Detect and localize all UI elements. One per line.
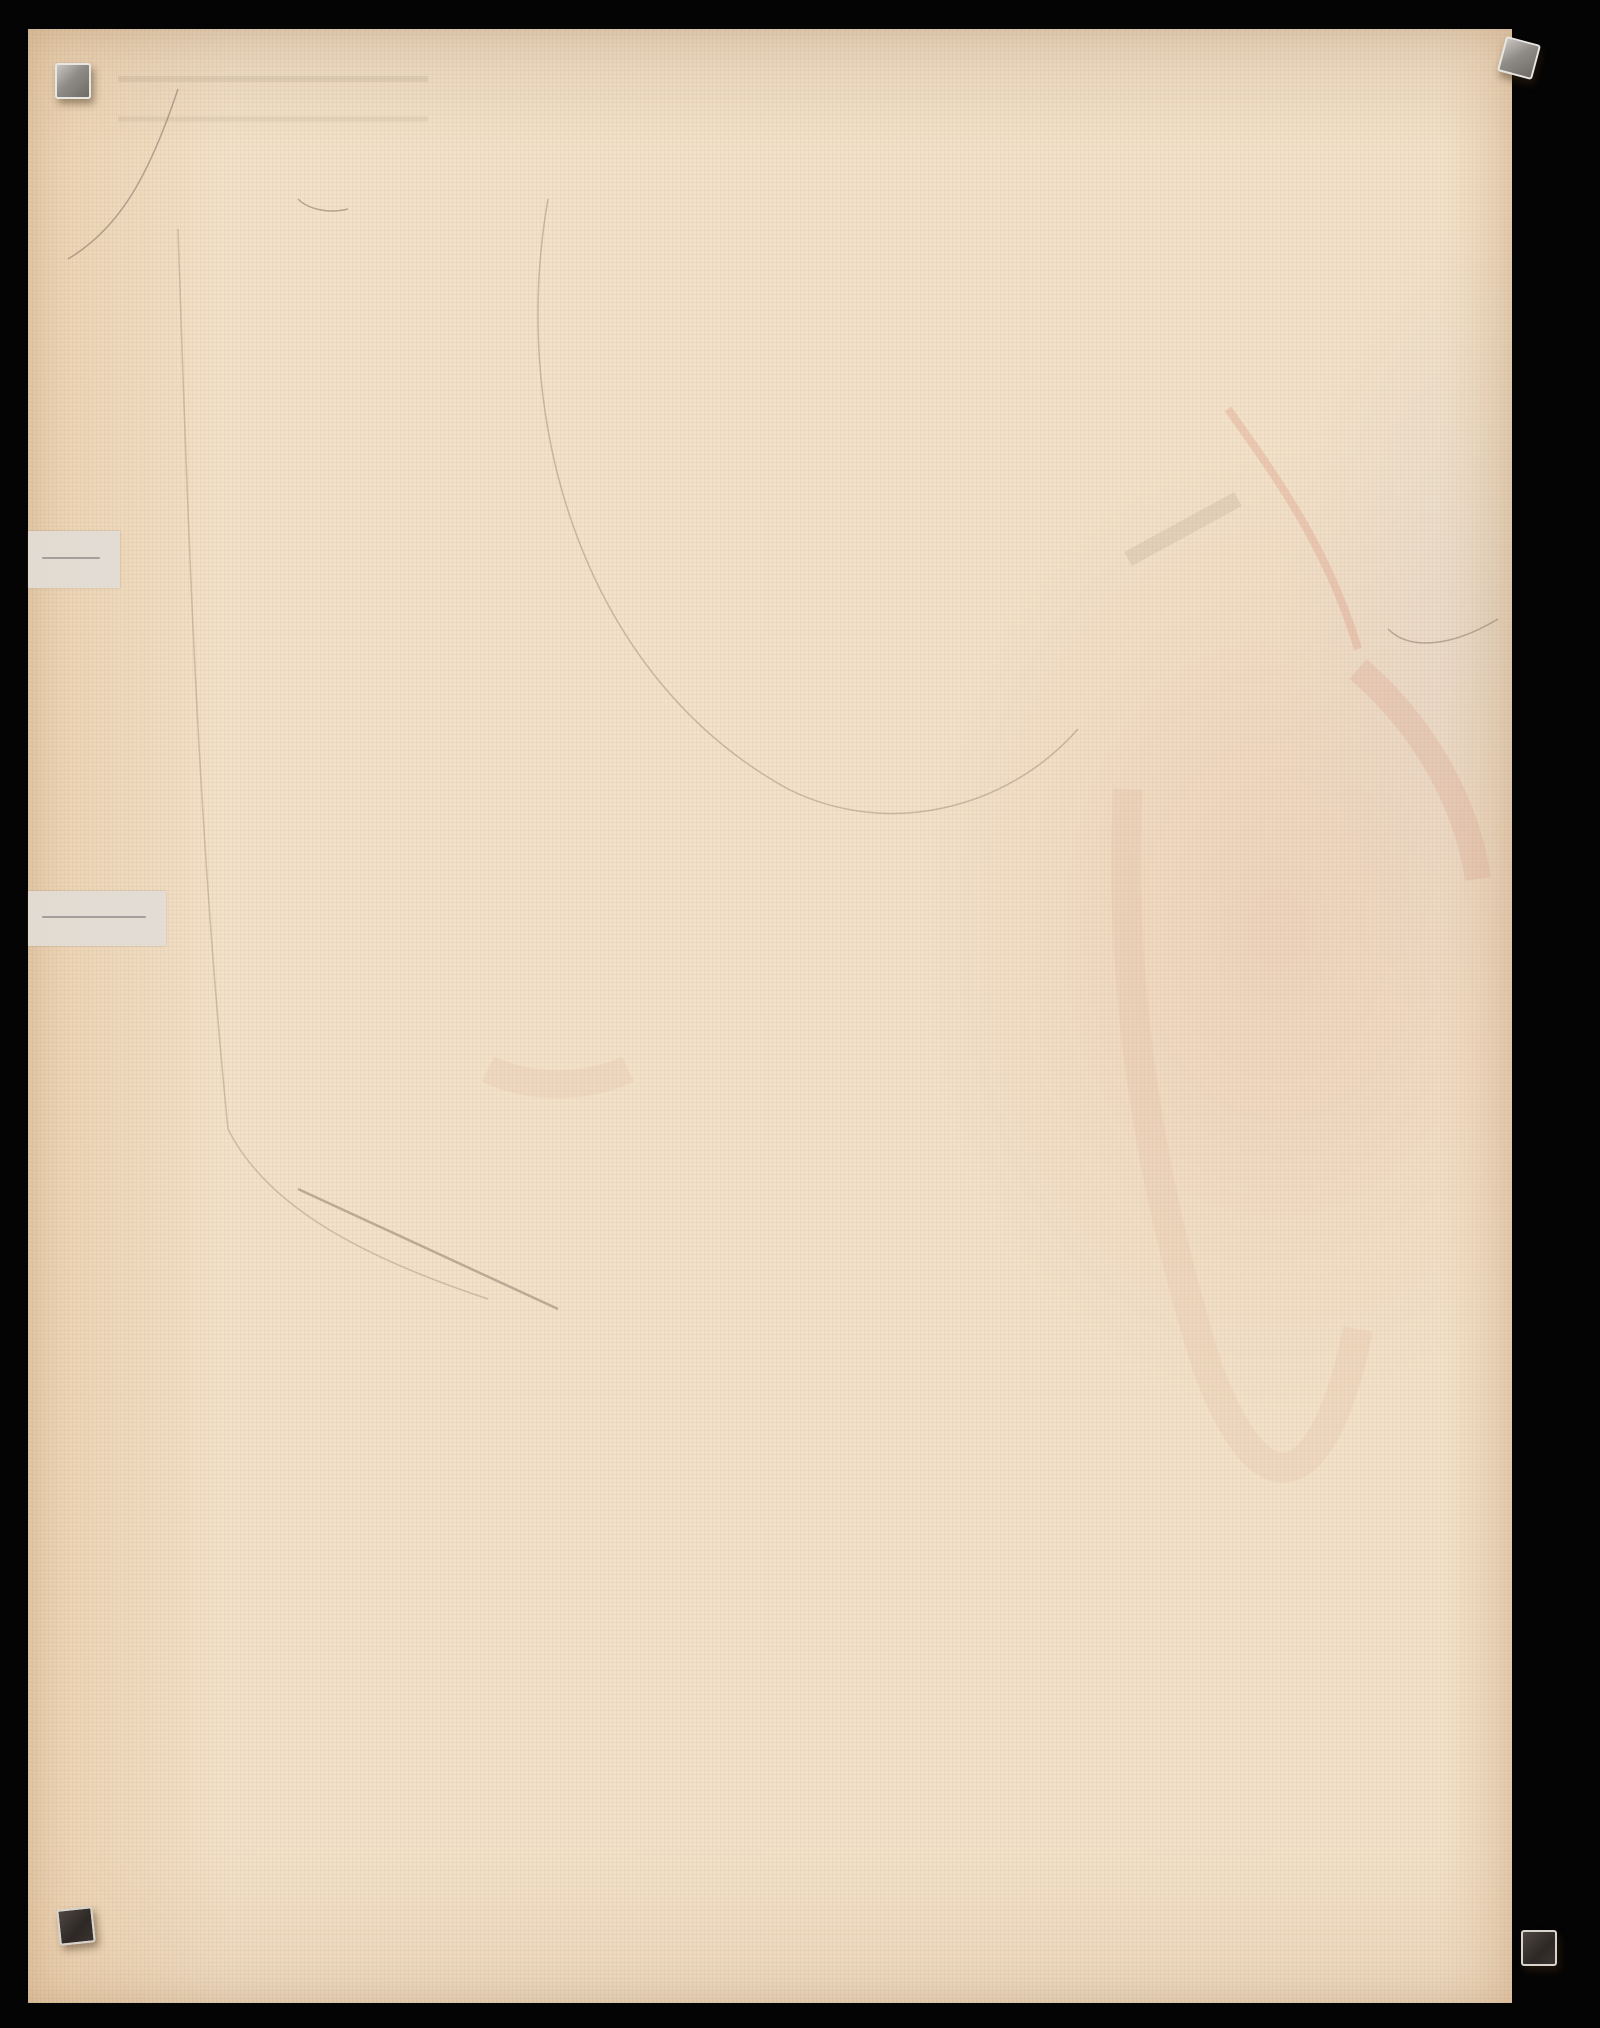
sketch-marks xyxy=(28,29,1512,2003)
tape-strip-lower xyxy=(28,891,166,946)
tape-strip-upper xyxy=(28,531,120,588)
magnet-bottom-right xyxy=(1521,1930,1557,1966)
magnet-bottom-left xyxy=(56,1906,96,1946)
magnet-top-left xyxy=(55,63,91,99)
paper-sheet xyxy=(28,29,1512,2003)
